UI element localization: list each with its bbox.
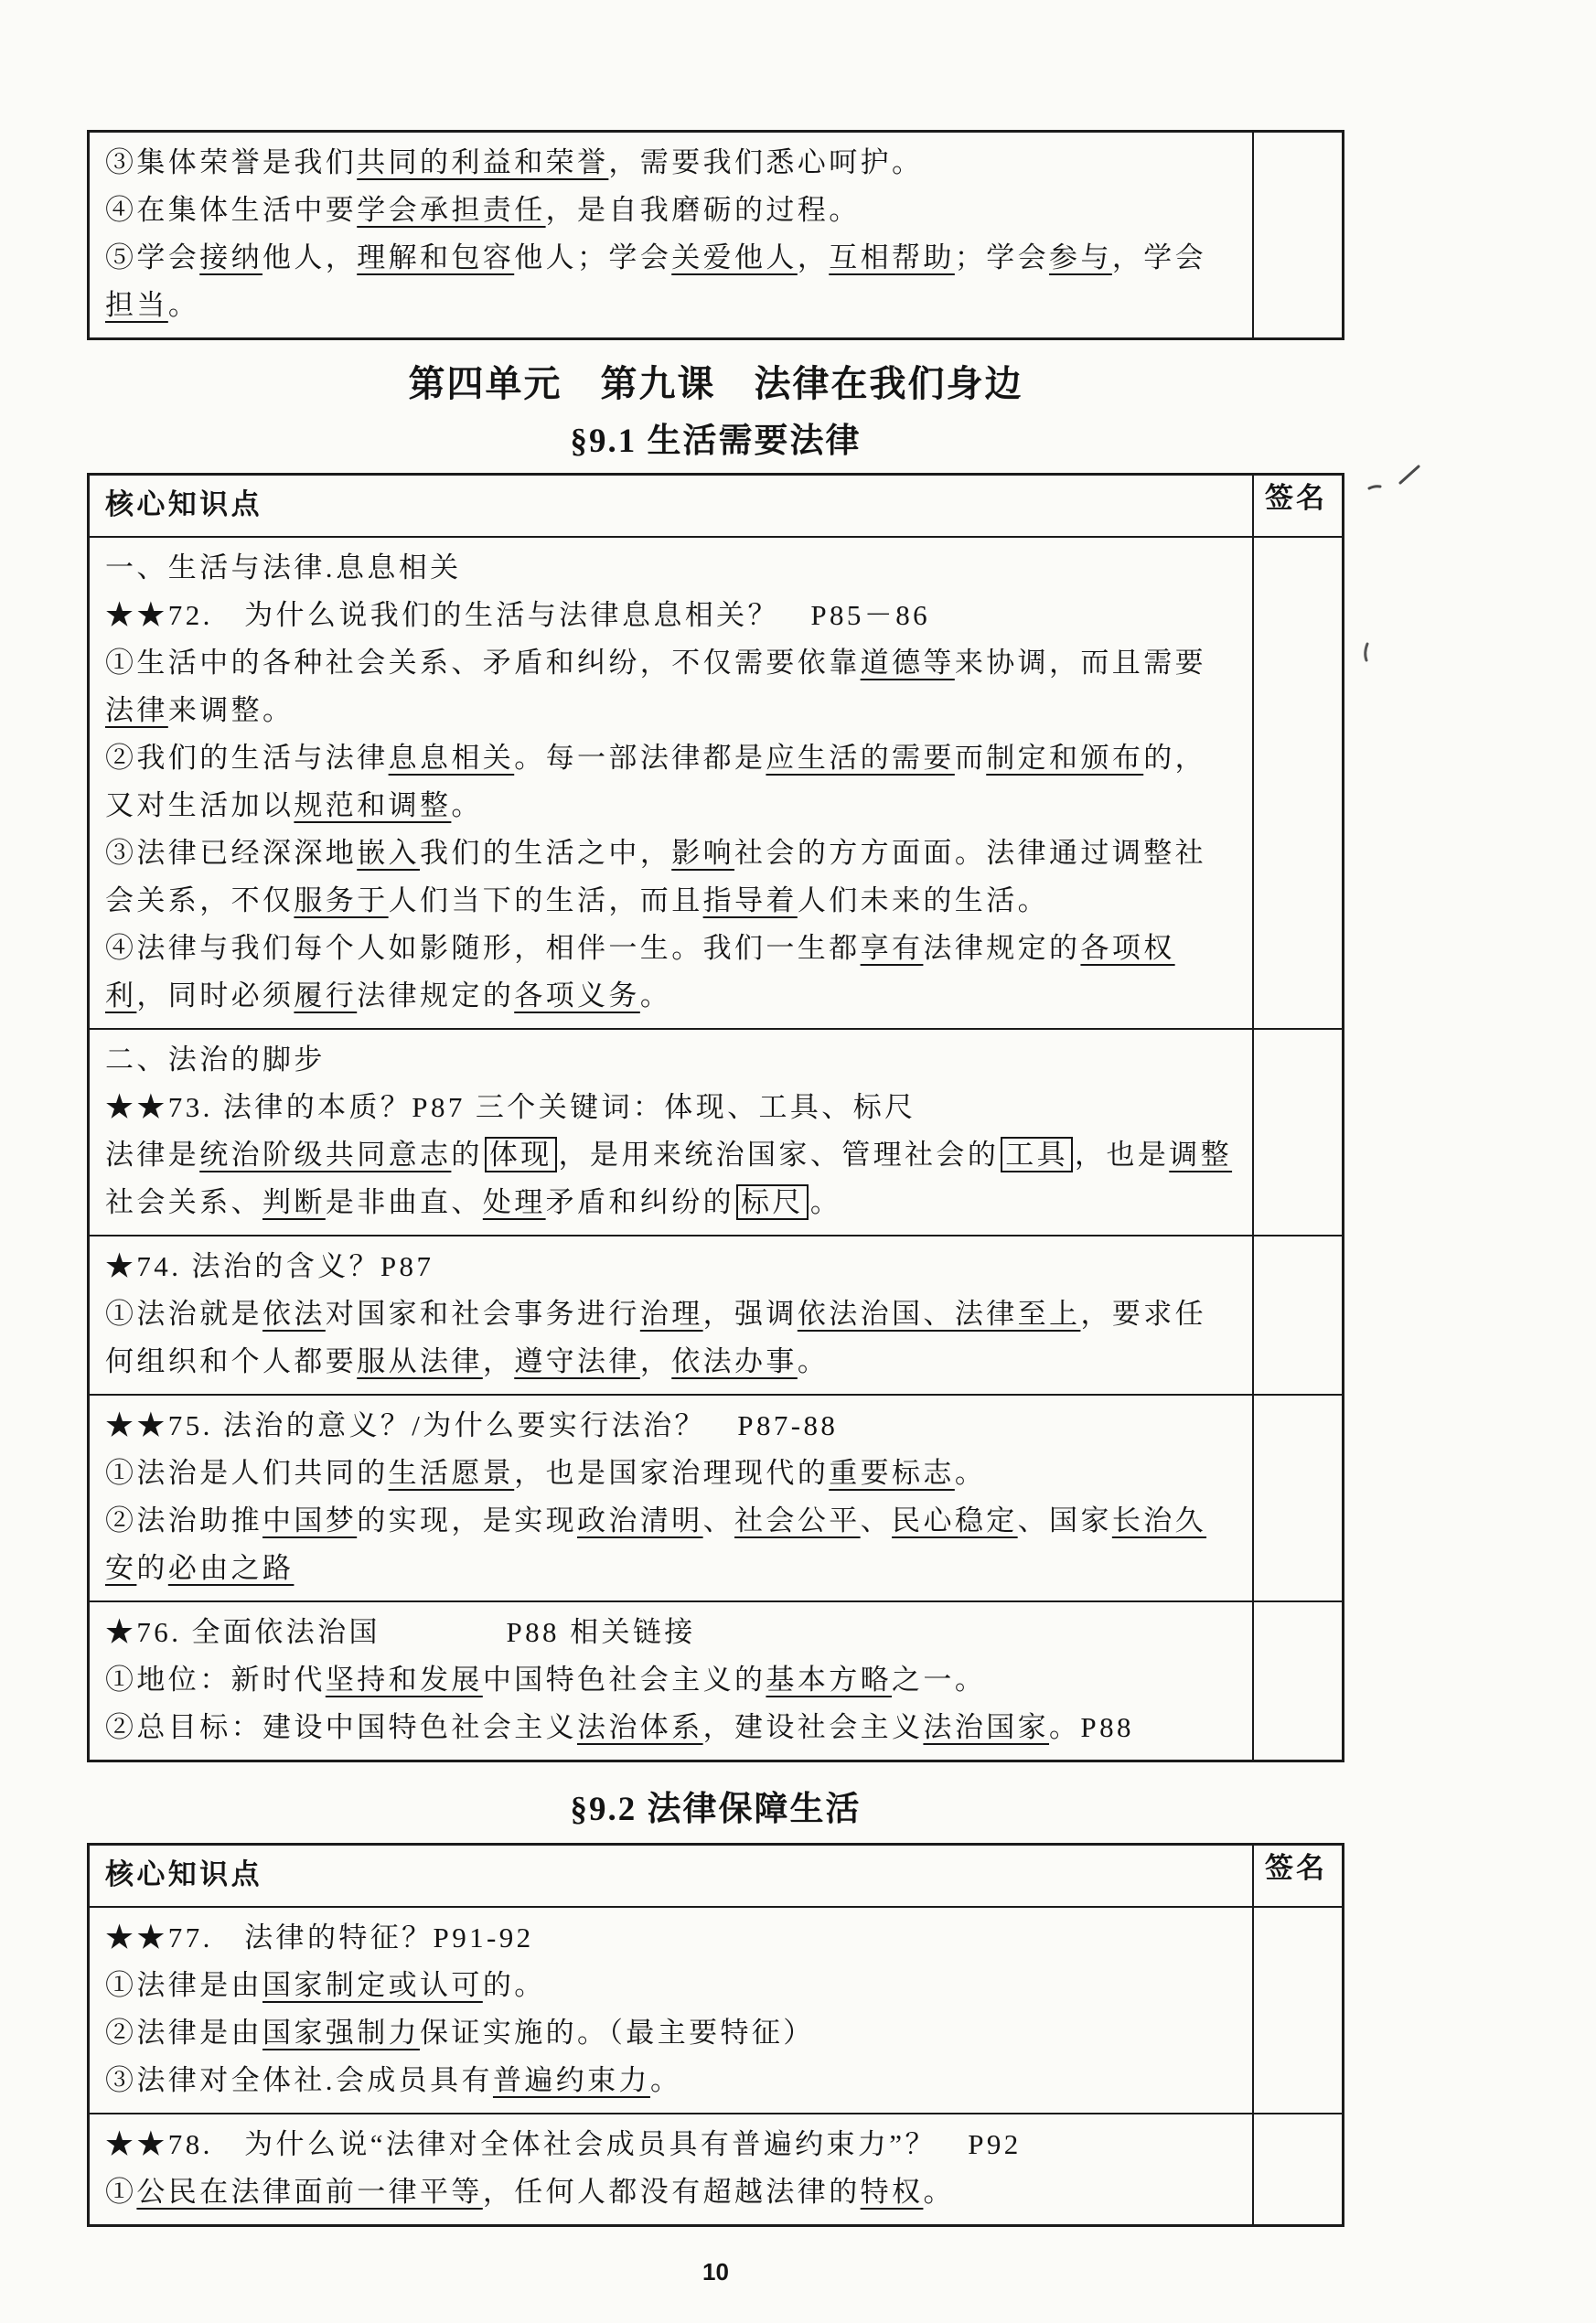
text-run: ①生活中的各种社会关系、矛盾和纠纷，不仅需要依靠: [105, 647, 861, 679]
knowledge-paragraph: ①法律是由国家制定或认可的。: [105, 1962, 1234, 2009]
boxed-term: 标尺: [736, 1184, 809, 1220]
text-run: 人们未来的生活。: [798, 884, 1049, 916]
knowledge-header-cell: 核心知识点: [90, 476, 1254, 536]
knowledge-cell: ★76. 全面依法治国 P88 相关链接①地位：新时代坚持和发展中国特色社会主义…: [90, 1602, 1254, 1760]
text-run: ★★73. 法律的本质？P87 三个关键词：体现、工具、标尺: [105, 1091, 916, 1123]
underlined-term: 基本方略: [766, 1664, 892, 1696]
underlined-term: 共同的利益和荣誉: [357, 146, 608, 178]
underlined-term: 参与: [1049, 241, 1112, 273]
text-run: 。: [451, 789, 482, 821]
text-run: ④在集体生活中要: [105, 194, 357, 226]
text-run: ④法律与我们每个人如影随形，相伴一生。我们一生都: [105, 932, 861, 964]
table-header-row: 核心知识点 签名: [90, 476, 1342, 536]
underlined-term: 社会公平: [734, 1504, 861, 1536]
underlined-term: 坚持和发展: [326, 1664, 483, 1696]
underlined-term: 治理: [640, 1298, 703, 1330]
underlined-term: 接纳: [199, 241, 262, 273]
underlined-term: 调整: [1169, 1139, 1232, 1171]
underlined-term: 息息相关: [389, 742, 515, 774]
underlined-term: 嵌入: [357, 837, 420, 869]
text-run: ①: [105, 2176, 136, 2208]
underlined-term: 必由之路: [168, 1552, 295, 1584]
underlined-term: 各项义务: [514, 980, 640, 1012]
text-run: ，: [483, 1345, 514, 1377]
underlined-term: 享有: [861, 932, 924, 964]
underlined-term: 中国梦: [262, 1504, 357, 1536]
underlined-term: 普遍约束力: [493, 2064, 650, 2096]
underlined-term: 制定和颁布: [986, 742, 1143, 774]
text-run: 保证实施的。（最主要特征）: [420, 2017, 815, 2049]
underlined-term: 服务于: [294, 884, 388, 916]
underlined-term: 特权: [861, 2176, 924, 2208]
text-run: ，任何人都没有超越法律的: [483, 2176, 861, 2208]
table-row: ★★75. 法治的意义？/为什么要实行法治？ P87-88①法治是人们共同的生活…: [90, 1394, 1342, 1600]
table-row: ★74. 法治的含义？P87①法治就是依法对国家和社会事务进行治理，强调依法治国…: [90, 1235, 1342, 1394]
knowledge-paragraph: ★★73. 法律的本质？P87 三个关键词：体现、工具、标尺: [105, 1084, 1234, 1131]
underlined-term: 法治国家: [923, 1711, 1049, 1743]
knowledge-header-label: 核心知识点: [105, 1852, 1234, 1898]
table-row: ★76. 全面依法治国 P88 相关链接①地位：新时代坚持和发展中国特色社会主义…: [90, 1600, 1342, 1760]
text-run: 矛盾和纠纷的: [546, 1186, 734, 1218]
text-run: 来协调，而且需要: [955, 647, 1206, 679]
section-title-9-2: §9.2 法律保障生活: [87, 1781, 1344, 1830]
knowledge-paragraph: ②法治助推中国梦的实现，是实现政治清明、社会公平、民心稳定、国家长治久安的必由之…: [105, 1497, 1234, 1592]
text-run: 。: [923, 2176, 954, 2208]
text-run: ，学会: [1112, 241, 1206, 273]
text-run: ；学会: [955, 241, 1049, 273]
underlined-term: 理解和包容: [357, 241, 514, 273]
text-run: 的。: [483, 1969, 546, 2001]
section-title-9-1: §9.1 生活需要法律: [87, 412, 1344, 462]
text-run: 法律规定的: [357, 980, 514, 1012]
text-run: ★74. 法治的含义？P87: [105, 1250, 434, 1282]
knowledge-paragraph: 二、法治的脚步: [105, 1036, 1234, 1084]
underlined-term: 国家强制力: [262, 2017, 420, 2049]
text-run: ，需要我们悉心呵护。: [608, 146, 923, 178]
signature-cell: [1254, 1236, 1342, 1394]
knowledge-header-cell: 核心知识点: [90, 1846, 1254, 1906]
text-run: ③集体荣誉是我们: [105, 146, 357, 178]
text-run: 法律规定的: [923, 932, 1080, 964]
text-run: ，: [640, 1345, 671, 1377]
text-run: 他人；学会: [514, 241, 671, 273]
underlined-term: 法治体系: [577, 1711, 703, 1743]
knowledge-table-2: 核心知识点 签名 ★★77. 法律的特征？P91-92①法律是由国家制定或认可的…: [87, 1843, 1344, 2227]
boxed-term: 工具: [1001, 1137, 1073, 1172]
text-run: ②我们的生活与法律: [105, 742, 389, 774]
underlined-term: 处理: [483, 1186, 546, 1218]
text-run: ★★75. 法治的意义？/为什么要实行法治？ P87-88: [105, 1409, 838, 1441]
text-run: ③法律对全体社.会成员具有: [105, 2064, 493, 2096]
knowledge-paragraph: 法律是统治阶级共同意志的体现，是用来统治国家、管理社会的工具，也是调整社会关系、…: [105, 1131, 1234, 1226]
underlined-term: 政治清明: [577, 1504, 703, 1536]
text-run: 。: [955, 1457, 986, 1489]
text-run: ，也是国家治理现代的: [514, 1457, 829, 1489]
knowledge-paragraph: ③法律已经深深地嵌入我们的生活之中，影响社会的方方面面。法律通过调整社会关系，不…: [105, 830, 1234, 925]
text-run: ①法治就是: [105, 1298, 262, 1330]
knowledge-paragraph: ②我们的生活与法律息息相关。每一部法律都是应生活的需要而制定和颁布的，又对生活加…: [105, 734, 1234, 830]
knowledge-paragraph: ①法治就是依法对国家和社会事务进行治理，强调依法治国、法律至上，要求任何组织和个…: [105, 1290, 1234, 1386]
signature-cell: [1254, 1908, 1342, 2113]
table-row: 二、法治的脚步★★73. 法律的本质？P87 三个关键词：体现、工具、标尺法律是…: [90, 1028, 1342, 1235]
knowledge-paragraph: ②总目标：建设中国特色社会主义法治体系，建设社会主义法治国家。P88: [105, 1704, 1234, 1751]
underlined-term: 遵守法律: [514, 1345, 640, 1377]
knowledge-paragraph: ④法律与我们每个人如影随形，相伴一生。我们一生都享有法律规定的各项权利，同时必须…: [105, 925, 1234, 1020]
text-run: ②总目标：建设中国特色社会主义: [105, 1711, 577, 1743]
pen-mark-icon: [1355, 640, 1378, 671]
underlined-term: 依法办事: [671, 1345, 798, 1377]
underlined-term: 民心稳定: [892, 1504, 1018, 1536]
underlined-term: 担当: [105, 289, 168, 321]
text-run: 对国家和社会事务进行: [326, 1298, 640, 1330]
knowledge-paragraph: ★★78. 为什么说“法律对全体社会成员具有普遍约束力”？ P92: [105, 2121, 1234, 2168]
knowledge-table-1: 核心知识点 签名 一、生活与法律.息息相关★★72. 为什么说我们的生活与法律息…: [87, 473, 1344, 1762]
text-run: 。每一部法律都是: [514, 742, 766, 774]
text-run: 。: [810, 1186, 841, 1218]
text-run: ，建设社会主义: [703, 1711, 924, 1743]
underlined-term: 学会承担责任: [357, 194, 545, 226]
underlined-term: 履行: [294, 980, 357, 1012]
knowledge-paragraph: ①法治是人们共同的生活愿景，也是国家治理现代的重要标志。: [105, 1450, 1234, 1497]
text-run: 而: [955, 742, 986, 774]
text-run: 的: [451, 1139, 482, 1171]
knowledge-paragraph: ★★72. 为什么说我们的生活与法律息息相关？ P85－86: [105, 592, 1234, 639]
underlined-term: 依法治国、法律至上: [798, 1298, 1081, 1330]
knowledge-paragraph: ⑤学会接纳他人，理解和包容他人；学会关爱他人，互相帮助；学会参与，学会担当。: [105, 234, 1234, 329]
text-run: ★★72. 为什么说我们的生活与法律息息相关？ P85－86: [105, 599, 930, 631]
text-run: 。: [650, 2064, 681, 2096]
signature-cell: [1254, 133, 1342, 337]
knowledge-cell: ★★77. 法律的特征？P91-92①法律是由国家制定或认可的。②法律是由国家强…: [90, 1908, 1254, 2113]
knowledge-header-label: 核心知识点: [105, 482, 1234, 528]
signature-header-cell: 签名: [1254, 1846, 1342, 1906]
underlined-term: 规范和调整: [294, 789, 451, 821]
text-run: 法律是: [105, 1139, 199, 1171]
text-run: ①地位：新时代: [105, 1664, 326, 1696]
text-run: 。: [640, 980, 671, 1012]
text-run: ★★77. 法律的特征？P91-92: [105, 1922, 534, 1954]
signature-cell: [1254, 1602, 1342, 1760]
signature-cell: [1254, 1396, 1342, 1600]
underlined-term: 关爱他人: [671, 241, 798, 273]
knowledge-paragraph: ①公民在法律面前一律平等，任何人都没有超越法律的特权。: [105, 2168, 1234, 2216]
knowledge-paragraph: 一、生活与法律.息息相关: [105, 544, 1234, 592]
knowledge-paragraph: ③集体荣誉是我们共同的利益和荣誉，需要我们悉心呵护。: [105, 139, 1234, 187]
text-run: ，也是: [1075, 1139, 1169, 1171]
knowledge-paragraph: ②法律是由国家强制力保证实施的。（最主要特征）: [105, 2009, 1234, 2057]
knowledge-cell: ★74. 法治的含义？P87①法治就是依法对国家和社会事务进行治理，强调依法治国…: [90, 1236, 1254, 1394]
table-header-row: 核心知识点 签名: [90, 1846, 1342, 1906]
page-number: 10: [87, 2258, 1344, 2323]
text-run: 来调整。: [168, 694, 295, 726]
text-run: 二、法治的脚步: [105, 1044, 326, 1076]
table-row: ★★77. 法律的特征？P91-92①法律是由国家制定或认可的。②法律是由国家强…: [90, 1906, 1342, 2113]
text-run: 人们当下的生活，而且: [389, 884, 703, 916]
table-row: 一、生活与法律.息息相关★★72. 为什么说我们的生活与法律息息相关？ P85－…: [90, 536, 1342, 1028]
text-run: ★★78. 为什么说“法律对全体社会成员具有普遍约束力”？ P92: [105, 2128, 1022, 2160]
text-run: 的: [136, 1552, 167, 1584]
text-run: 之一。: [892, 1664, 986, 1696]
text-run: 他人，: [262, 241, 357, 273]
text-run: ⑤学会: [105, 241, 199, 273]
text-run: ②法律是由: [105, 2017, 262, 2049]
text-run: 。: [168, 289, 199, 321]
document-page: ③集体荣誉是我们共同的利益和荣誉，需要我们悉心呵护。④在集体生活中要学会承担责任…: [87, 0, 1344, 2323]
underlined-term: 影响: [671, 837, 734, 869]
text-run: ①法治是人们共同的: [105, 1457, 389, 1489]
underlined-term: 国家制定或认可: [262, 1969, 483, 2001]
signature-cell: [1254, 1030, 1342, 1235]
underlined-term: 公民在法律面前一律平等: [136, 2176, 482, 2208]
knowledge-paragraph: ★★75. 法治的意义？/为什么要实行法治？ P87-88: [105, 1402, 1234, 1450]
underlined-term: 重要标志: [829, 1457, 955, 1489]
knowledge-cell: 二、法治的脚步★★73. 法律的本质？P87 三个关键词：体现、工具、标尺法律是…: [90, 1030, 1254, 1235]
text-run: ，: [798, 241, 829, 273]
unit-title: 第四单元 第九课 法律在我们身边: [87, 355, 1344, 407]
knowledge-paragraph: ★★77. 法律的特征？P91-92: [105, 1914, 1234, 1962]
knowledge-cell: ③集体荣誉是我们共同的利益和荣誉，需要我们悉心呵护。④在集体生活中要学会承担责任…: [90, 133, 1254, 337]
text-run: 、国家: [1018, 1504, 1112, 1536]
signature-header-cell: 签名: [1254, 476, 1342, 536]
text-run: ，是自我磨砺的过程。: [546, 194, 861, 226]
underlined-term: 道德等: [861, 647, 955, 679]
text-run: ②法治助推: [105, 1504, 262, 1536]
knowledge-paragraph: ①生活中的各种社会关系、矛盾和纠纷，不仅需要依靠道德等来协调，而且需要法律来调整…: [105, 639, 1234, 734]
knowledge-paragraph: ★74. 法治的含义？P87: [105, 1243, 1234, 1290]
text-run: 一、生活与法律.息息相关: [105, 551, 462, 583]
underlined-term: 服从法律: [357, 1345, 483, 1377]
text-run: 社会关系、: [105, 1186, 262, 1218]
text-run: 。P88: [1049, 1711, 1134, 1743]
signature-cell: [1254, 2114, 1342, 2224]
signature-cell: [1254, 538, 1342, 1028]
table-row: ③集体荣誉是我们共同的利益和荣誉，需要我们悉心呵护。④在集体生活中要学会承担责任…: [90, 133, 1342, 337]
text-run: 是非曲直、: [326, 1186, 483, 1218]
knowledge-paragraph: ①地位：新时代坚持和发展中国特色社会主义的基本方略之一。: [105, 1656, 1234, 1704]
boxed-term: 体现: [485, 1137, 557, 1172]
knowledge-cell: 一、生活与法律.息息相关★★72. 为什么说我们的生活与法律息息相关？ P85－…: [90, 538, 1254, 1028]
text-run: ①法律是由: [105, 1969, 262, 2001]
underlined-term: 应生活的需要: [766, 742, 954, 774]
underlined-term: 指导着: [703, 884, 798, 916]
knowledge-paragraph: ★76. 全面依法治国 P88 相关链接: [105, 1609, 1234, 1656]
knowledge-cell: ★★75. 法治的意义？/为什么要实行法治？ P87-88①法治是人们共同的生活…: [90, 1396, 1254, 1600]
underlined-term: 生活愿景: [389, 1457, 515, 1489]
underlined-term: 统治阶级共同意志: [199, 1139, 451, 1171]
knowledge-paragraph: ④在集体生活中要学会承担责任，是自我磨砺的过程。: [105, 187, 1234, 234]
text-run: ，强调: [703, 1298, 798, 1330]
underlined-term: 法律: [105, 694, 168, 726]
knowledge-paragraph: ③法律对全体社.会成员具有普遍约束力。: [105, 2057, 1234, 2104]
table-row: ★★78. 为什么说“法律对全体社会成员具有普遍约束力”？ P92①公民在法律面…: [90, 2113, 1342, 2224]
underlined-term: 依法: [262, 1298, 326, 1330]
text-run: ，同时必须: [136, 980, 294, 1012]
pen-mark-icon: [1364, 461, 1424, 498]
text-run: 。: [798, 1345, 829, 1377]
underlined-term: 判断: [262, 1186, 326, 1218]
text-run: 、: [861, 1504, 892, 1536]
text-run: ★76. 全面依法治国 P88 相关链接: [105, 1616, 696, 1648]
intro-table: ③集体荣誉是我们共同的利益和荣誉，需要我们悉心呵护。④在集体生活中要学会承担责任…: [87, 130, 1344, 340]
text-run: 我们的生活之中，: [420, 837, 671, 869]
text-run: ③法律已经深深地: [105, 837, 357, 869]
text-run: ，是用来统治国家、管理社会的: [559, 1139, 1000, 1171]
text-run: 中国特色社会主义的: [483, 1664, 766, 1696]
underlined-term: 互相帮助: [829, 241, 955, 273]
text-run: 、: [703, 1504, 734, 1536]
knowledge-cell: ★★78. 为什么说“法律对全体社会成员具有普遍约束力”？ P92①公民在法律面…: [90, 2114, 1254, 2224]
text-run: 的实现，是实现: [357, 1504, 577, 1536]
